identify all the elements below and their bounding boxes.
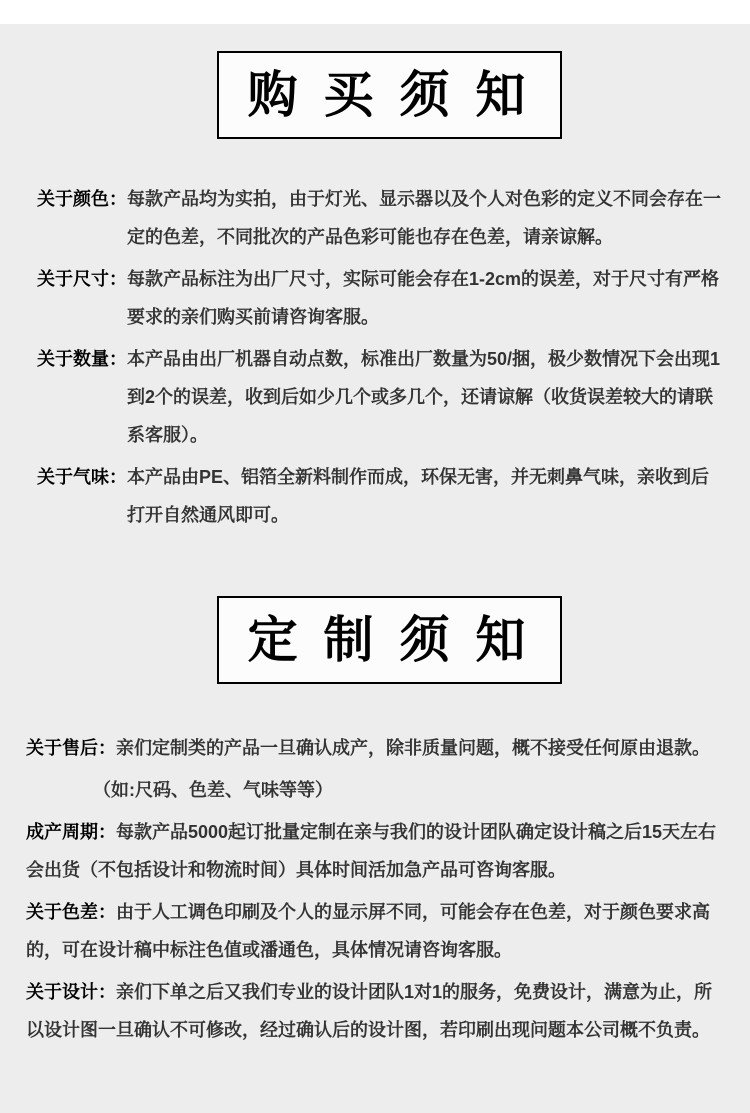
section-title-box: 购 买 须 知 xyxy=(217,51,562,139)
notice-label: 成产周期： xyxy=(26,822,116,842)
notice-text: 亲们定制类的产品一旦确认成产，除非质量问题，概不接受任何原由退款。 xyxy=(116,738,710,758)
notice-text: 每款产品标注为出厂尺寸，实际可能会存在1-2cm的误差，对于尺寸有严格要求的亲们… xyxy=(127,269,719,327)
notice-label: 关于数量： xyxy=(37,349,127,369)
notice-label: 关于气味： xyxy=(37,467,127,487)
notice-item: 关于数量：本产品由出厂机器自动点数，标准出厂数量为50/捆，极少数情况下会出现1… xyxy=(37,340,722,454)
notice-label: 关于颜色： xyxy=(37,189,127,209)
section-title: 购 买 须 知 xyxy=(248,67,532,123)
purchase-notice-section: 购 买 须 知 关于颜色：每款产品均为实拍，由于灯光、显示器以及个人对色彩的定义… xyxy=(0,51,750,534)
custom-notice-section: 定 制 须 知 关于售后：亲们定制类的产品一旦确认成产，除非质量问题，概不接受任… xyxy=(0,596,750,1049)
notice-text: 由于人工调色印刷及个人的显示屏不同，可能会存在色差，对于颜色要求高的，可在设计稿… xyxy=(26,902,710,960)
notice-text: 本产品由出厂机器自动点数，标准出厂数量为50/捆，极少数情况下会出现1到2个的误… xyxy=(127,349,720,445)
notice-item: 关于色差：由于人工调色印刷及个人的显示屏不同，可能会存在色差，对于颜色要求高的，… xyxy=(26,893,730,969)
notice-item: 关于售后：亲们定制类的产品一旦确认成产，除非质量问题，概不接受任何原由退款。 xyxy=(26,729,730,767)
notice-item: 关于设计：亲们下单之后又我们专业的设计团队1对1的服务，免费设计，满意为止，所以… xyxy=(26,973,730,1049)
notice-list: 关于售后：亲们定制类的产品一旦确认成产，除非质量问题，概不接受任何原由退款。（如… xyxy=(0,729,750,1049)
notice-note: （如:尺码、色差、气味等等） xyxy=(93,771,730,809)
notice-label: 关于设计： xyxy=(26,982,116,1002)
notice-label: 关于售后： xyxy=(26,738,116,758)
notice-item: 关于颜色：每款产品均为实拍，由于灯光、显示器以及个人对色彩的定义不同会存在一定的… xyxy=(37,180,722,256)
section-title-box: 定 制 须 知 xyxy=(217,596,562,684)
notice-label: 关于色差： xyxy=(26,902,116,922)
notice-item: 关于尺寸：每款产品标注为出厂尺寸，实际可能会存在1-2cm的误差，对于尺寸有严格… xyxy=(37,260,722,336)
notice-item: 关于气味：本产品由PE、铝箔全新料制作而成，环保无害，并无刺鼻气味，亲收到后打开… xyxy=(37,458,722,534)
notice-text: 亲们下单之后又我们专业的设计团队1对1的服务，免费设计，满意为止，所以设计图一旦… xyxy=(26,982,712,1040)
top-white-strip xyxy=(0,0,750,24)
notice-text: 每款产品均为实拍，由于灯光、显示器以及个人对色彩的定义不同会存在一定的色差，不同… xyxy=(127,189,721,247)
notice-item: 成产周期：每款产品5000起订批量定制在亲与我们的设计团队确定设计稿之后15天左… xyxy=(26,813,730,889)
notice-list: 关于颜色：每款产品均为实拍，由于灯光、显示器以及个人对色彩的定义不同会存在一定的… xyxy=(0,180,750,534)
notice-label: 关于尺寸： xyxy=(37,269,127,289)
notice-text: 本产品由PE、铝箔全新料制作而成，环保无害，并无刺鼻气味，亲收到后打开自然通风即… xyxy=(127,467,709,525)
section-title: 定 制 须 知 xyxy=(248,612,532,668)
notice-page: 购 买 须 知 关于颜色：每款产品均为实拍，由于灯光、显示器以及个人对色彩的定义… xyxy=(0,0,750,1113)
notice-panel: 购 买 须 知 关于颜色：每款产品均为实拍，由于灯光、显示器以及个人对色彩的定义… xyxy=(0,24,750,1113)
notice-text: 每款产品5000起订批量定制在亲与我们的设计团队确定设计稿之后15天左右会出货（… xyxy=(26,822,716,880)
